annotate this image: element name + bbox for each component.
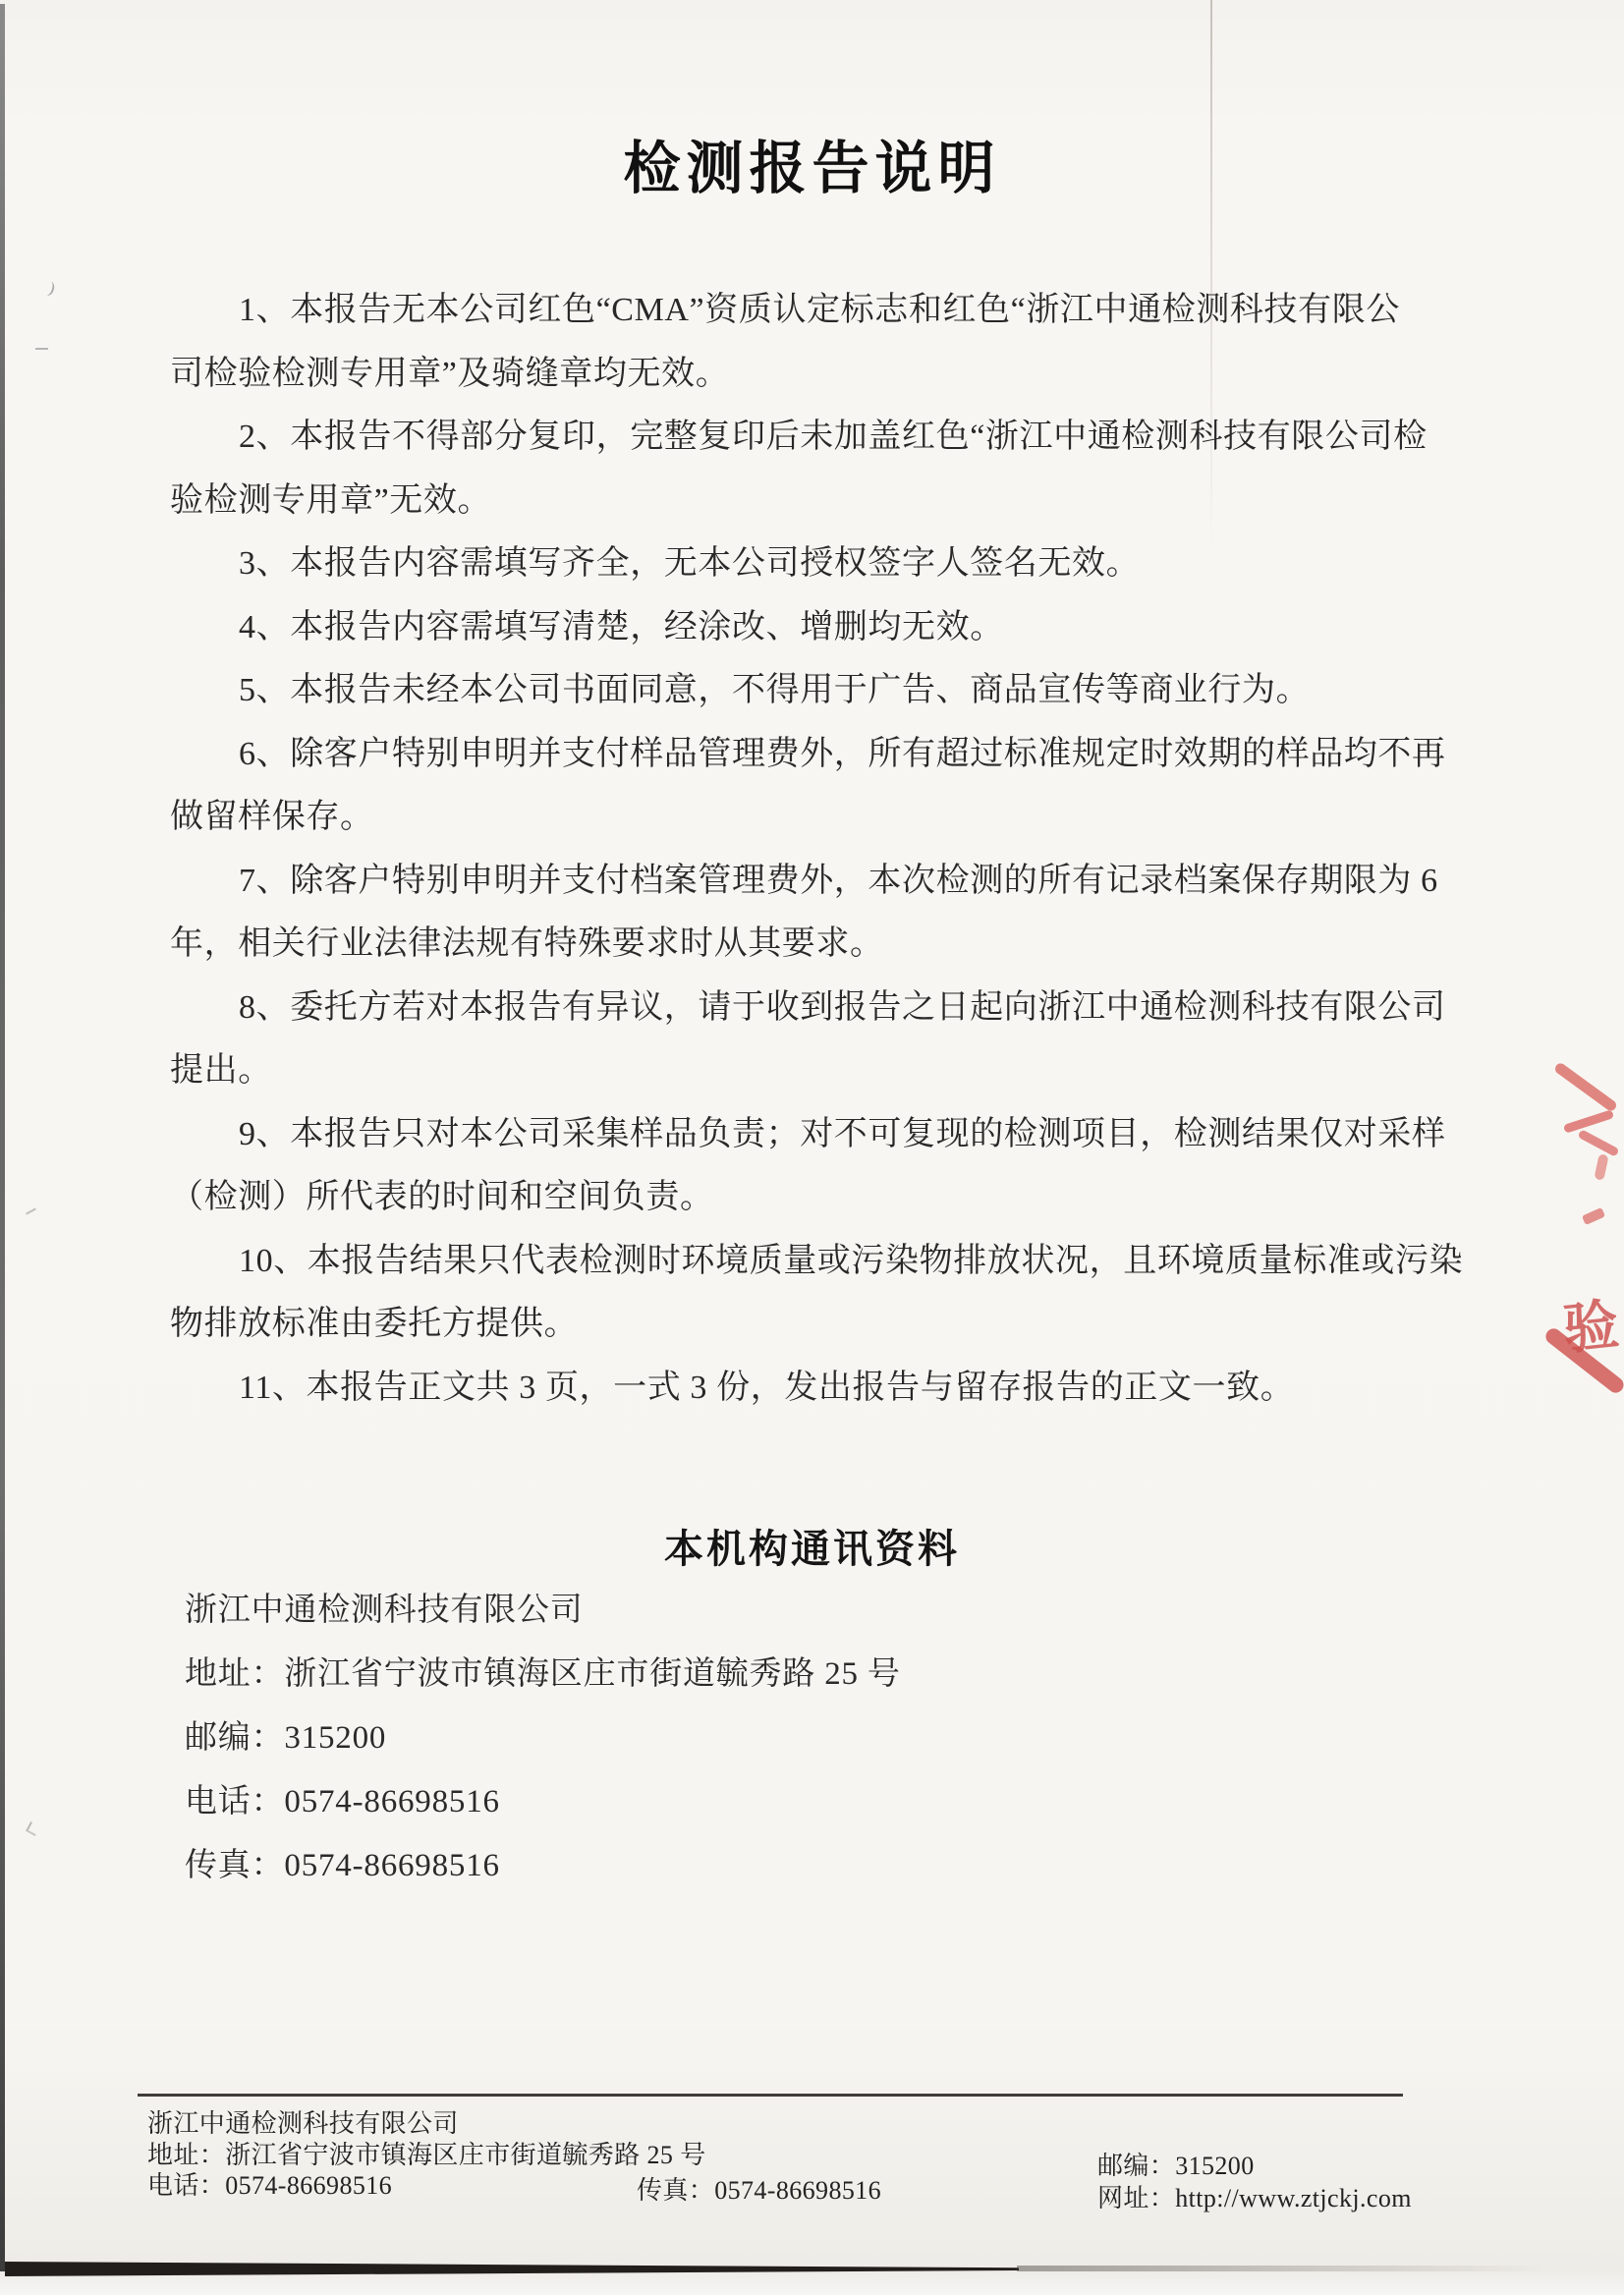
- notice-line-7b: 年，相关行业法律法规有特殊要求时从其要求。: [170, 913, 1457, 977]
- footer-fax: 传真：0574-86698516: [637, 2170, 881, 2207]
- notice-line-5: 5、本报告未经本公司书面同意，不得用于广告、商品宣传等商业行为。: [170, 659, 1457, 723]
- red-seal-stamp: 验: [1543, 1056, 1624, 1412]
- contact-heading: 本机构通讯资料: [0, 1518, 1624, 1574]
- stamp-partial-mark: [1582, 1207, 1605, 1225]
- contact-fax: 传真：0574-86698516: [185, 1839, 901, 1903]
- notice-line-2a: 2、本报告不得部分复印，完整复印后未加盖红色“浙江中通检测科技有限公司检: [170, 406, 1457, 470]
- stamp-partial-glyph: [1594, 1153, 1608, 1181]
- notice-line-2b: 验检测专用章”无效。: [170, 470, 1457, 533]
- scan-edge-bottom: [5, 2262, 1019, 2276]
- notice-line-6b: 做留样保存。: [170, 786, 1457, 850]
- scan-speck: [35, 348, 48, 350]
- contact-address: 地址：浙江省宁波市镇海区庄市街道毓秀路 25 号: [185, 1648, 901, 1711]
- scan-speck: [26, 1208, 36, 1215]
- contact-postal: 邮编：315200: [185, 1711, 901, 1775]
- notice-line-9a: 9、本报告只对本公司采集样品负责；对不可复现的检测项目，检测结果仅对采样: [170, 1103, 1457, 1167]
- scan-edge-bottom-fade: [1017, 2266, 1547, 2271]
- page-title: 检测报告说明: [0, 122, 1624, 204]
- notice-line-9b: （检测）所代表的时间和空间负责。: [170, 1166, 1457, 1230]
- notice-line-8b: 提出。: [170, 1039, 1457, 1103]
- scanned-report-page: 检测报告说明 1、本报告无本公司红色“CMA”资质认定标志和红色“浙江中通检测科…: [0, 0, 1624, 2295]
- notice-list: 1、本报告无本公司红色“CMA”资质认定标志和红色“浙江中通检测科技有限公 司检…: [170, 279, 1457, 1420]
- footer-left-block: 浙江中通检测科技有限公司 地址：浙江省宁波市镇海区庄市街道毓秀路 25 号 电话…: [147, 2103, 706, 2197]
- scan-edge-left: [0, 4, 5, 2271]
- scan-speck: [41, 280, 56, 298]
- footer-divider: [138, 2094, 1403, 2097]
- footer-right-block: 邮编：315200 网址：http://www.ztjckj.com: [1097, 2146, 1412, 2211]
- contact-phone: 电话：0574-86698516: [185, 1775, 901, 1839]
- notice-line-7a: 7、除客户特别申明并支付档案管理费外，本次检测的所有记录档案保存期限为 6: [170, 850, 1457, 914]
- footer-company: 浙江中通检测科技有限公司: [147, 2103, 706, 2135]
- footer-website: 网址：http://www.ztjckj.com: [1097, 2178, 1412, 2211]
- stamp-partial-glyph: [1563, 1109, 1614, 1134]
- contact-company: 浙江中通检测科技有限公司: [185, 1584, 901, 1648]
- footer-phone: 电话：0574-86698516: [147, 2165, 706, 2197]
- notice-line-4: 4、本报告内容需填写清楚，经涂改、增删均无效。: [170, 596, 1457, 660]
- notice-line-6a: 6、除客户特别申明并支付样品管理费外，所有超过标准规定时效期的样品均不再: [170, 723, 1457, 787]
- notice-line-10b: 物排放标准由委托方提供。: [170, 1293, 1457, 1357]
- scan-speck: [26, 1821, 40, 1836]
- footer-address: 地址：浙江省宁波市镇海区庄市街道毓秀路 25 号: [147, 2135, 706, 2166]
- notice-line-3: 3、本报告内容需填写齐全，无本公司授权签字人签名无效。: [170, 532, 1457, 596]
- notice-line-10a: 10、本报告结果只代表检测时环境质量或污染物排放状况，且环境质量标准或污染: [170, 1230, 1457, 1294]
- notice-line-11: 11、本报告正文共 3 页，一式 3 份，发出报告与留存报告的正文一致。: [170, 1357, 1457, 1421]
- scan-crease: [1210, 0, 1212, 550]
- contact-block: 浙江中通检测科技有限公司 地址：浙江省宁波市镇海区庄市街道毓秀路 25 号 邮编…: [185, 1584, 901, 1903]
- stamp-partial-glyph: [1577, 1129, 1619, 1157]
- notice-line-1a: 1、本报告无本公司红色“CMA”资质认定标志和红色“浙江中通检测科技有限公: [170, 279, 1457, 343]
- footer-postal: 邮编：315200: [1097, 2146, 1412, 2178]
- notice-line-1b: 司检验检测专用章”及骑缝章均无效。: [170, 343, 1457, 407]
- stamp-char: 验: [1559, 1281, 1622, 1365]
- notice-line-8a: 8、委托方若对本报告有异议，请于收到报告之日起向浙江中通检测科技有限公司: [170, 977, 1457, 1040]
- stamp-ring-stroke-bottom: [1543, 1325, 1624, 1396]
- stamp-ring-stroke-top: [1553, 1061, 1618, 1112]
